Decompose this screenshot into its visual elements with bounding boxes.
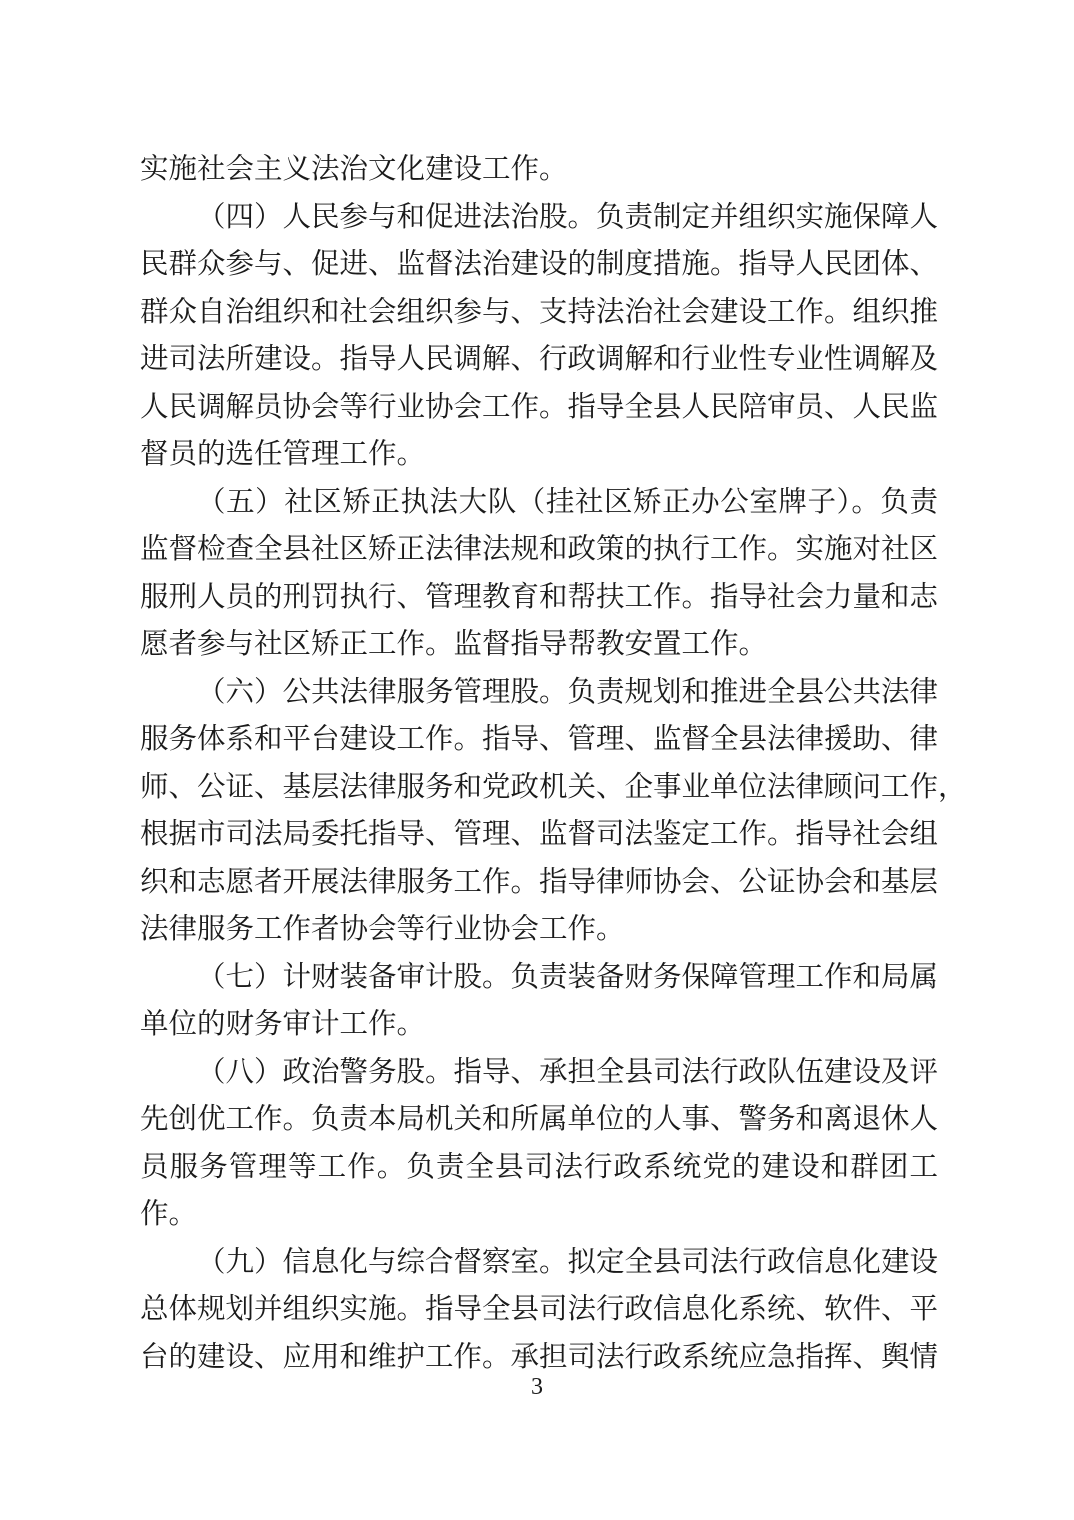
- text-line: 进司法所建设。指导人民调解、行政调解和行业性专业性调解及: [140, 336, 938, 384]
- text-line: （七）计财装备审计股。负责装备财务保障管理工作和局属: [140, 954, 938, 1002]
- paragraph: （九）信息化与综合督察室。拟定全县司法行政信息化建设总体规划并组织实施。指导全县…: [140, 1239, 938, 1382]
- text-line: 监督检查全县社区矫正法律法规和政策的执行工作。实施对社区: [140, 526, 938, 574]
- text-line: 作。: [140, 1191, 938, 1239]
- text-line: （五）社区矫正执法大队（挂社区矫正办公室牌子）。负责: [140, 479, 938, 527]
- page-footer: 3: [0, 1372, 1074, 1402]
- text-line: 总体规划并组织实施。指导全县司法行政信息化系统、软件、平: [140, 1286, 938, 1334]
- text-line: 愿者参与社区矫正工作。监督指导帮教安置工作。: [140, 621, 938, 669]
- text-line: 服务体系和平台建设工作。指导、管理、监督全县法律援助、律: [140, 716, 938, 764]
- text-line: 根据市司法局委托指导、管理、监督司法鉴定工作。指导社会组: [140, 811, 938, 859]
- text-line: 织和志愿者开展法律服务工作。指导律师协会、公证协会和基层: [140, 859, 938, 907]
- text-line: 实施社会主义法治文化建设工作。: [140, 146, 938, 194]
- document-body: 实施社会主义法治文化建设工作。（四）人民参与和促进法治股。负责制定并组织实施保障…: [140, 146, 938, 1381]
- text-line: 员服务管理等工作。负责全县司法行政系统党的建设和群团工: [140, 1144, 938, 1192]
- text-line: 人民调解员协会等行业协会工作。指导全县人民陪审员、人民监: [140, 384, 938, 432]
- text-line: 法律服务工作者协会等行业协会工作。: [140, 906, 938, 954]
- document-page: 实施社会主义法治文化建设工作。（四）人民参与和促进法治股。负责制定并组织实施保障…: [0, 0, 1074, 1520]
- text-line: 民群众参与、促进、监督法治建设的制度措施。指导人民团体、: [140, 241, 938, 289]
- text-line: （九）信息化与综合督察室。拟定全县司法行政信息化建设: [140, 1239, 938, 1287]
- text-line: 先创优工作。负责本局机关和所属单位的人事、警务和离退休人: [140, 1096, 938, 1144]
- text-line: 督员的选任管理工作。: [140, 431, 938, 479]
- paragraph: （七）计财装备审计股。负责装备财务保障管理工作和局属单位的财务审计工作。: [140, 954, 938, 1049]
- paragraph: （四）人民参与和促进法治股。负责制定并组织实施保障人民群众参与、促进、监督法治建…: [140, 194, 938, 479]
- text-line: 单位的财务审计工作。: [140, 1001, 938, 1049]
- text-line: （八）政治警务股。指导、承担全县司法行政队伍建设及评: [140, 1049, 938, 1097]
- text-line: 师、公证、基层法律服务和党政机关、企事业单位法律顾问工作，: [140, 764, 938, 812]
- text-line: （四）人民参与和促进法治股。负责制定并组织实施保障人: [140, 194, 938, 242]
- paragraph: 实施社会主义法治文化建设工作。: [140, 146, 938, 194]
- paragraph: （六）公共法律服务管理股。负责规划和推进全县公共法律服务体系和平台建设工作。指导…: [140, 669, 938, 954]
- text-line: 群众自治组织和社会组织参与、支持法治社会建设工作。组织推: [140, 289, 938, 337]
- paragraph: （八）政治警务股。指导、承担全县司法行政队伍建设及评先创优工作。负责本局机关和所…: [140, 1049, 938, 1239]
- text-line: 服刑人员的刑罚执行、管理教育和帮扶工作。指导社会力量和志: [140, 574, 938, 622]
- text-line: （六）公共法律服务管理股。负责规划和推进全县公共法律: [140, 669, 938, 717]
- page-number: 3: [531, 1374, 543, 1400]
- paragraph: （五）社区矫正执法大队（挂社区矫正办公室牌子）。负责监督检查全县社区矫正法律法规…: [140, 479, 938, 669]
